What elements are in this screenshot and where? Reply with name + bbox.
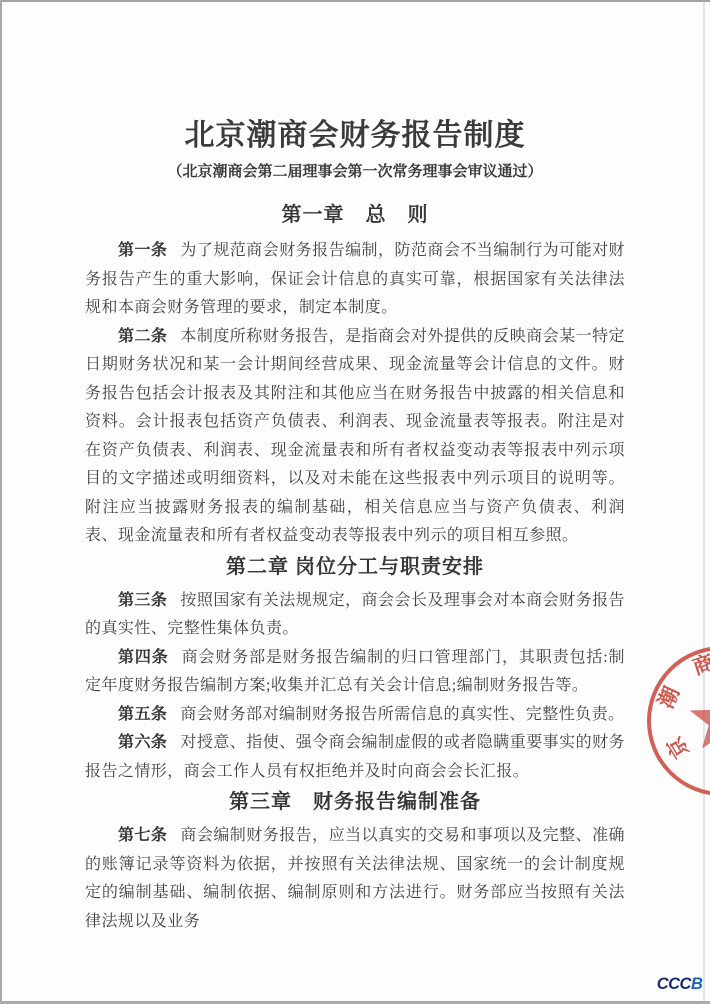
- official-seal-stamp: 商 潮 京: [644, 645, 710, 800]
- chapter-1-heading: 第一章 总 则: [85, 201, 625, 229]
- document-content: 北京潮商会财务报告制度 （北京潮商会第二届理事会第一次常务理事会审议通过） 第一…: [85, 0, 625, 936]
- article-4-label: 第四条: [118, 649, 169, 666]
- chapter-3-heading: 第三章 财务报告编制准备: [85, 788, 625, 816]
- article-1-label: 第一条: [118, 242, 167, 259]
- page-border-left: [0, 0, 2, 1004]
- article-5-label: 第五条: [118, 706, 167, 723]
- chapter-2-heading: 第二章 岗位分工与职责安排: [85, 553, 625, 581]
- cccb-logo-dark-letters: CCC: [657, 974, 691, 993]
- scanned-document-page: 北京潮商会财务报告制度 （北京潮商会第二届理事会第一次常务理事会审议通过） 第一…: [0, 0, 710, 1004]
- seal-char-bottom: 京: [662, 732, 693, 763]
- scan-edge-line: [703, 2, 705, 1001]
- seal-star: [690, 687, 710, 749]
- document-subtitle: （北京潮商会第二届理事会第一次常务理事会审议通过）: [85, 161, 625, 183]
- article-5: 第五条商会财务部对编制财务报告所需信息的真实性、完整性负责。: [85, 701, 625, 730]
- article-2: 第二条本制度所称财务报告，是指商会对外提供的反映商会某一特定日期财务状况和某一会…: [85, 323, 625, 551]
- article-1: 第一条为了规范商会财务报告编制，防范商会不当编制行为可能对财务报告产生的重大影响…: [85, 237, 625, 323]
- article-4: 第四条商会财务部是财务报告编制的归口管理部门，其职责包括:制定年度财务报告编制方…: [85, 644, 625, 701]
- seal-char-middle: 潮: [654, 683, 684, 712]
- article-3: 第三条按照国家有关法规规定，商会会长及理事会对本商会财务报告的真实性、完整性集体…: [85, 587, 625, 644]
- seal-ring: [649, 648, 710, 794]
- article-7-label: 第七条: [118, 827, 167, 844]
- cccb-logo-light-letter: B: [691, 974, 702, 993]
- document-title: 北京潮商会财务报告制度: [85, 0, 625, 154]
- article-5-text: 商会财务部对编制财务报告所需信息的真实性、完整性负责。: [180, 706, 624, 723]
- article-6: 第六条对授意、指使、强令商会编制虚假的或者隐瞒重要事实的财务报告之情形，商会工作…: [85, 729, 625, 786]
- article-3-label: 第三条: [118, 592, 167, 609]
- article-7: 第七条商会编制财务报告，应当以真实的交易和事项以及完整、准确的账簿记录等资料为依…: [85, 822, 625, 936]
- article-2-text: 本制度所称财务报告，是指商会对外提供的反映商会某一特定日期财务状况和某一会计期间…: [85, 328, 625, 545]
- article-6-label: 第六条: [118, 734, 167, 751]
- seal-char-top: 商: [690, 650, 710, 679]
- cccb-logo: CCCB: [657, 975, 703, 993]
- article-2-label: 第二条: [118, 328, 167, 345]
